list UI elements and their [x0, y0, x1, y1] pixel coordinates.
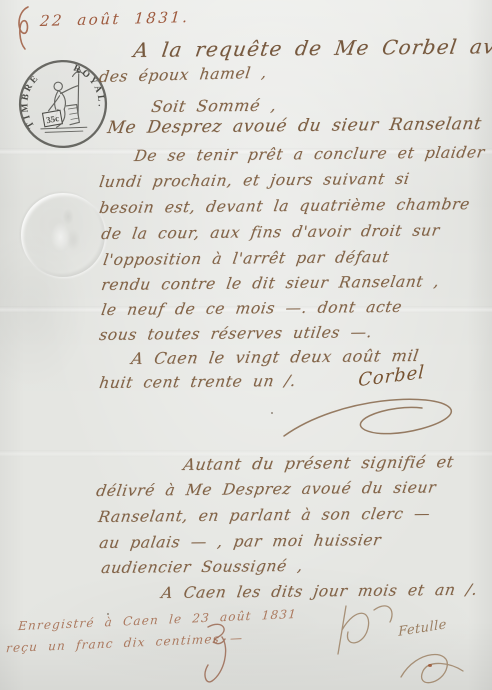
- manuscript-line: Soit Sommé ,: [150, 96, 278, 116]
- registration-line-2: reçu un franc dix centimes —: [6, 631, 244, 655]
- bailiff-signature: Fetulle: [398, 617, 447, 640]
- manuscript-line: rendu contre le dit sieur Ranselant ,: [100, 272, 441, 294]
- registrar-signature-icon: [178, 615, 248, 690]
- manuscript-line: huit cent trente un /.: [98, 372, 297, 392]
- manuscript-line: A la requête de Me Corbel avoué: [132, 34, 492, 62]
- bailiff-signature-paraph-icon: [393, 645, 473, 690]
- ink-speck: [271, 412, 273, 414]
- manuscript-line: délivré à Me Desprez avoué du sieur: [95, 478, 438, 500]
- manuscript-line: De se tenir prêt a conclure et plaider: [133, 143, 486, 165]
- document-page: 22 août 1831. TIMBRE ROYAL.: [0, 0, 492, 690]
- manuscript-line: des époux hamel ,: [98, 64, 268, 86]
- attorney-signature: Corbel: [358, 362, 426, 391]
- stamp-denomination-plate: 35c: [42, 110, 62, 126]
- manuscript-line: sous toutes réserves utiles —.: [98, 323, 374, 344]
- manuscript-line: Autant du présent signifié et: [182, 452, 455, 474]
- filing-date: 22 août 1831.: [39, 8, 190, 30]
- manuscript-line: Ranselant, en parlant à son clerc —: [97, 505, 432, 526]
- manuscript-line: de la cour, aux fins d'avoir droit sur: [100, 221, 441, 243]
- manuscript-line: audiencier Soussigné ,: [100, 557, 304, 577]
- manuscript-line: lundi prochain, et jours suivant si: [98, 170, 411, 191]
- attorney-signature-paraph-icon: [270, 392, 485, 450]
- registration-line-1: Enregistré à Caen le 23 août 1831: [18, 607, 298, 633]
- bailiff-monogram-icon: [330, 596, 402, 664]
- manuscript-line: le neuf de ce mois —. dont acte: [100, 298, 403, 319]
- ink-speck: [107, 613, 109, 615]
- embossed-dry-seal: [21, 193, 105, 277]
- manuscript-line: A Caen le vingt deux août mil: [130, 346, 420, 368]
- manuscript-line: au palais — , par moi huissier: [98, 531, 383, 552]
- foxing-stain: [428, 664, 432, 667]
- manuscript-line: Me Desprez avoué du sieur Ranselant: [106, 114, 483, 138]
- clerk-paraph-icon: [8, 4, 40, 54]
- manuscript-line: l'opposition à l'arrêt par défaut: [102, 248, 391, 269]
- embossed-seal-figure: [37, 205, 89, 263]
- timbre-royal-stamp: TIMBRE ROYAL. 35c: [16, 56, 109, 151]
- manuscript-line: besoin est, devant la quatrième chambre: [98, 195, 471, 217]
- manuscript-line: A Caen les dits jour mois et an /.: [160, 581, 479, 602]
